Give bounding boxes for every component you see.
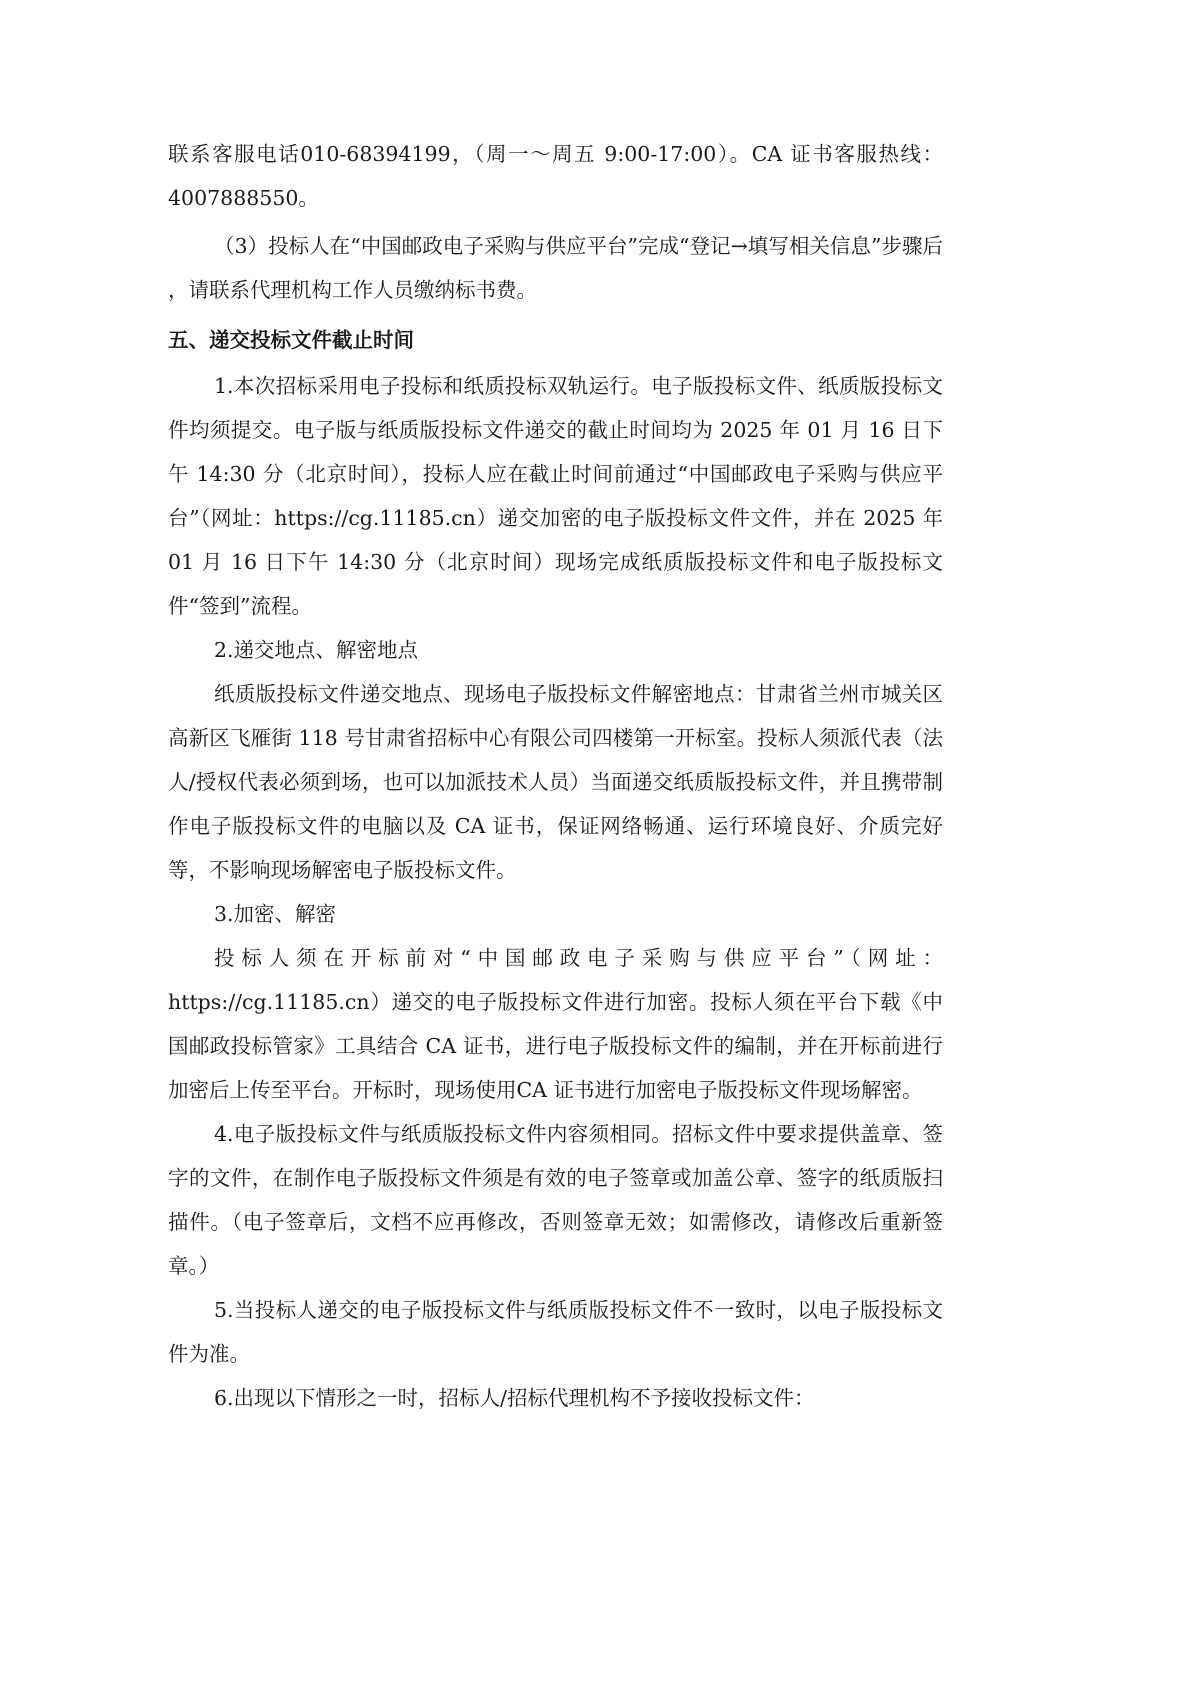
item2-body: 纸质版投标文件递交地点、现场电子版投标文件解密地点：甘肃省兰州市城关区高新区飞雁… xyxy=(168,672,943,892)
item3-title: 3.加密、解密 xyxy=(168,892,943,936)
item2-title: 2.递交地点、解密地点 xyxy=(168,628,943,672)
step3-paragraph: （3）投标人在“中国邮政电子采购与供应平台”完成“登记→填写相关信息”步骤后 ，… xyxy=(168,224,943,312)
item1-paragraph: 1.本次招标采用电子投标和纸质投标双轨运行。电子版投标文件、纸质版投标文件均须提… xyxy=(168,364,943,628)
item4-paragraph: 4.电子版投标文件与纸质版投标文件内容须相同。招标文件中要求提供盖章、签字的文件… xyxy=(168,1112,943,1288)
item3-body: 投标人须在开标前对“中国邮政电子采购与供应平台”（网址：https://cg.1… xyxy=(168,936,943,1112)
item5-paragraph: 5.当投标人递交的电子版投标文件与纸质版投标文件不一致时，以电子版投标文件为准。 xyxy=(168,1288,943,1376)
section5-heading: 五、递交投标文件截止时间 xyxy=(168,316,943,364)
item6-paragraph: 6.出现以下情形之一时，招标人/招标代理机构不予接收投标文件： xyxy=(168,1376,943,1420)
document-page: 联系客服电话010-68394199，（周一～周五 9:00-17:00）。CA… xyxy=(168,132,943,1420)
contact-paragraph: 联系客服电话010-68394199，（周一～周五 9:00-17:00）。CA… xyxy=(168,132,943,220)
